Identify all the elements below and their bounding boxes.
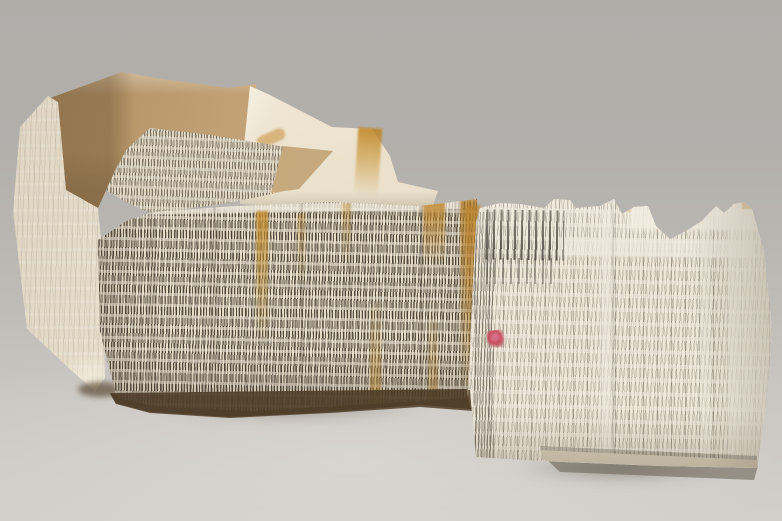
photo-stage [0, 0, 782, 521]
fold-adhesive-stain-streak [354, 127, 383, 197]
